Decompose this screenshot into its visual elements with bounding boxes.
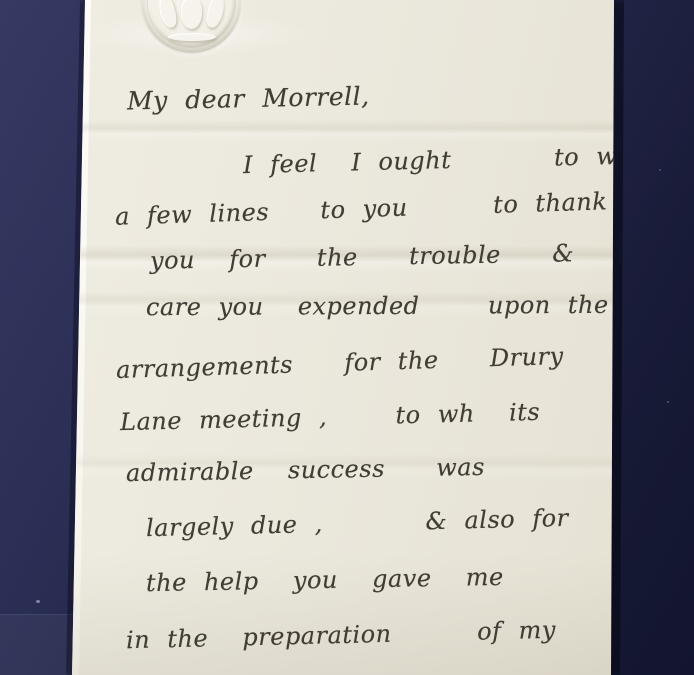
letter-line: Lane meeting , to wh its <box>120 398 541 436</box>
letter-line: the help you gave me <box>146 563 504 597</box>
letter-line: I feel I ought to write <box>243 141 663 179</box>
dust-speck <box>36 600 40 603</box>
letter-paper: My dear Morrell, I feel I ought to write… <box>0 0 694 675</box>
letter-line: admirable success was <box>126 453 485 487</box>
letter-line: in the preparation of my <box>126 616 557 654</box>
letter-line: largely due , & also for <box>146 504 569 542</box>
dust-speck <box>667 401 669 403</box>
letter-line: care you expended upon the <box>146 291 609 321</box>
letter-body: My dear Morrell, I feel I ought to write… <box>0 0 694 675</box>
dust-speck <box>659 169 661 171</box>
letter-salutation: My dear Morrell, <box>127 81 370 115</box>
letter-line: a few lines to you to thank <box>115 187 608 230</box>
letter-photograph: My dear Morrell, I feel I ought to write… <box>0 0 694 675</box>
letter-line: arrangements for the Drury <box>116 342 564 384</box>
letter-line: you for the trouble & <box>150 239 575 274</box>
